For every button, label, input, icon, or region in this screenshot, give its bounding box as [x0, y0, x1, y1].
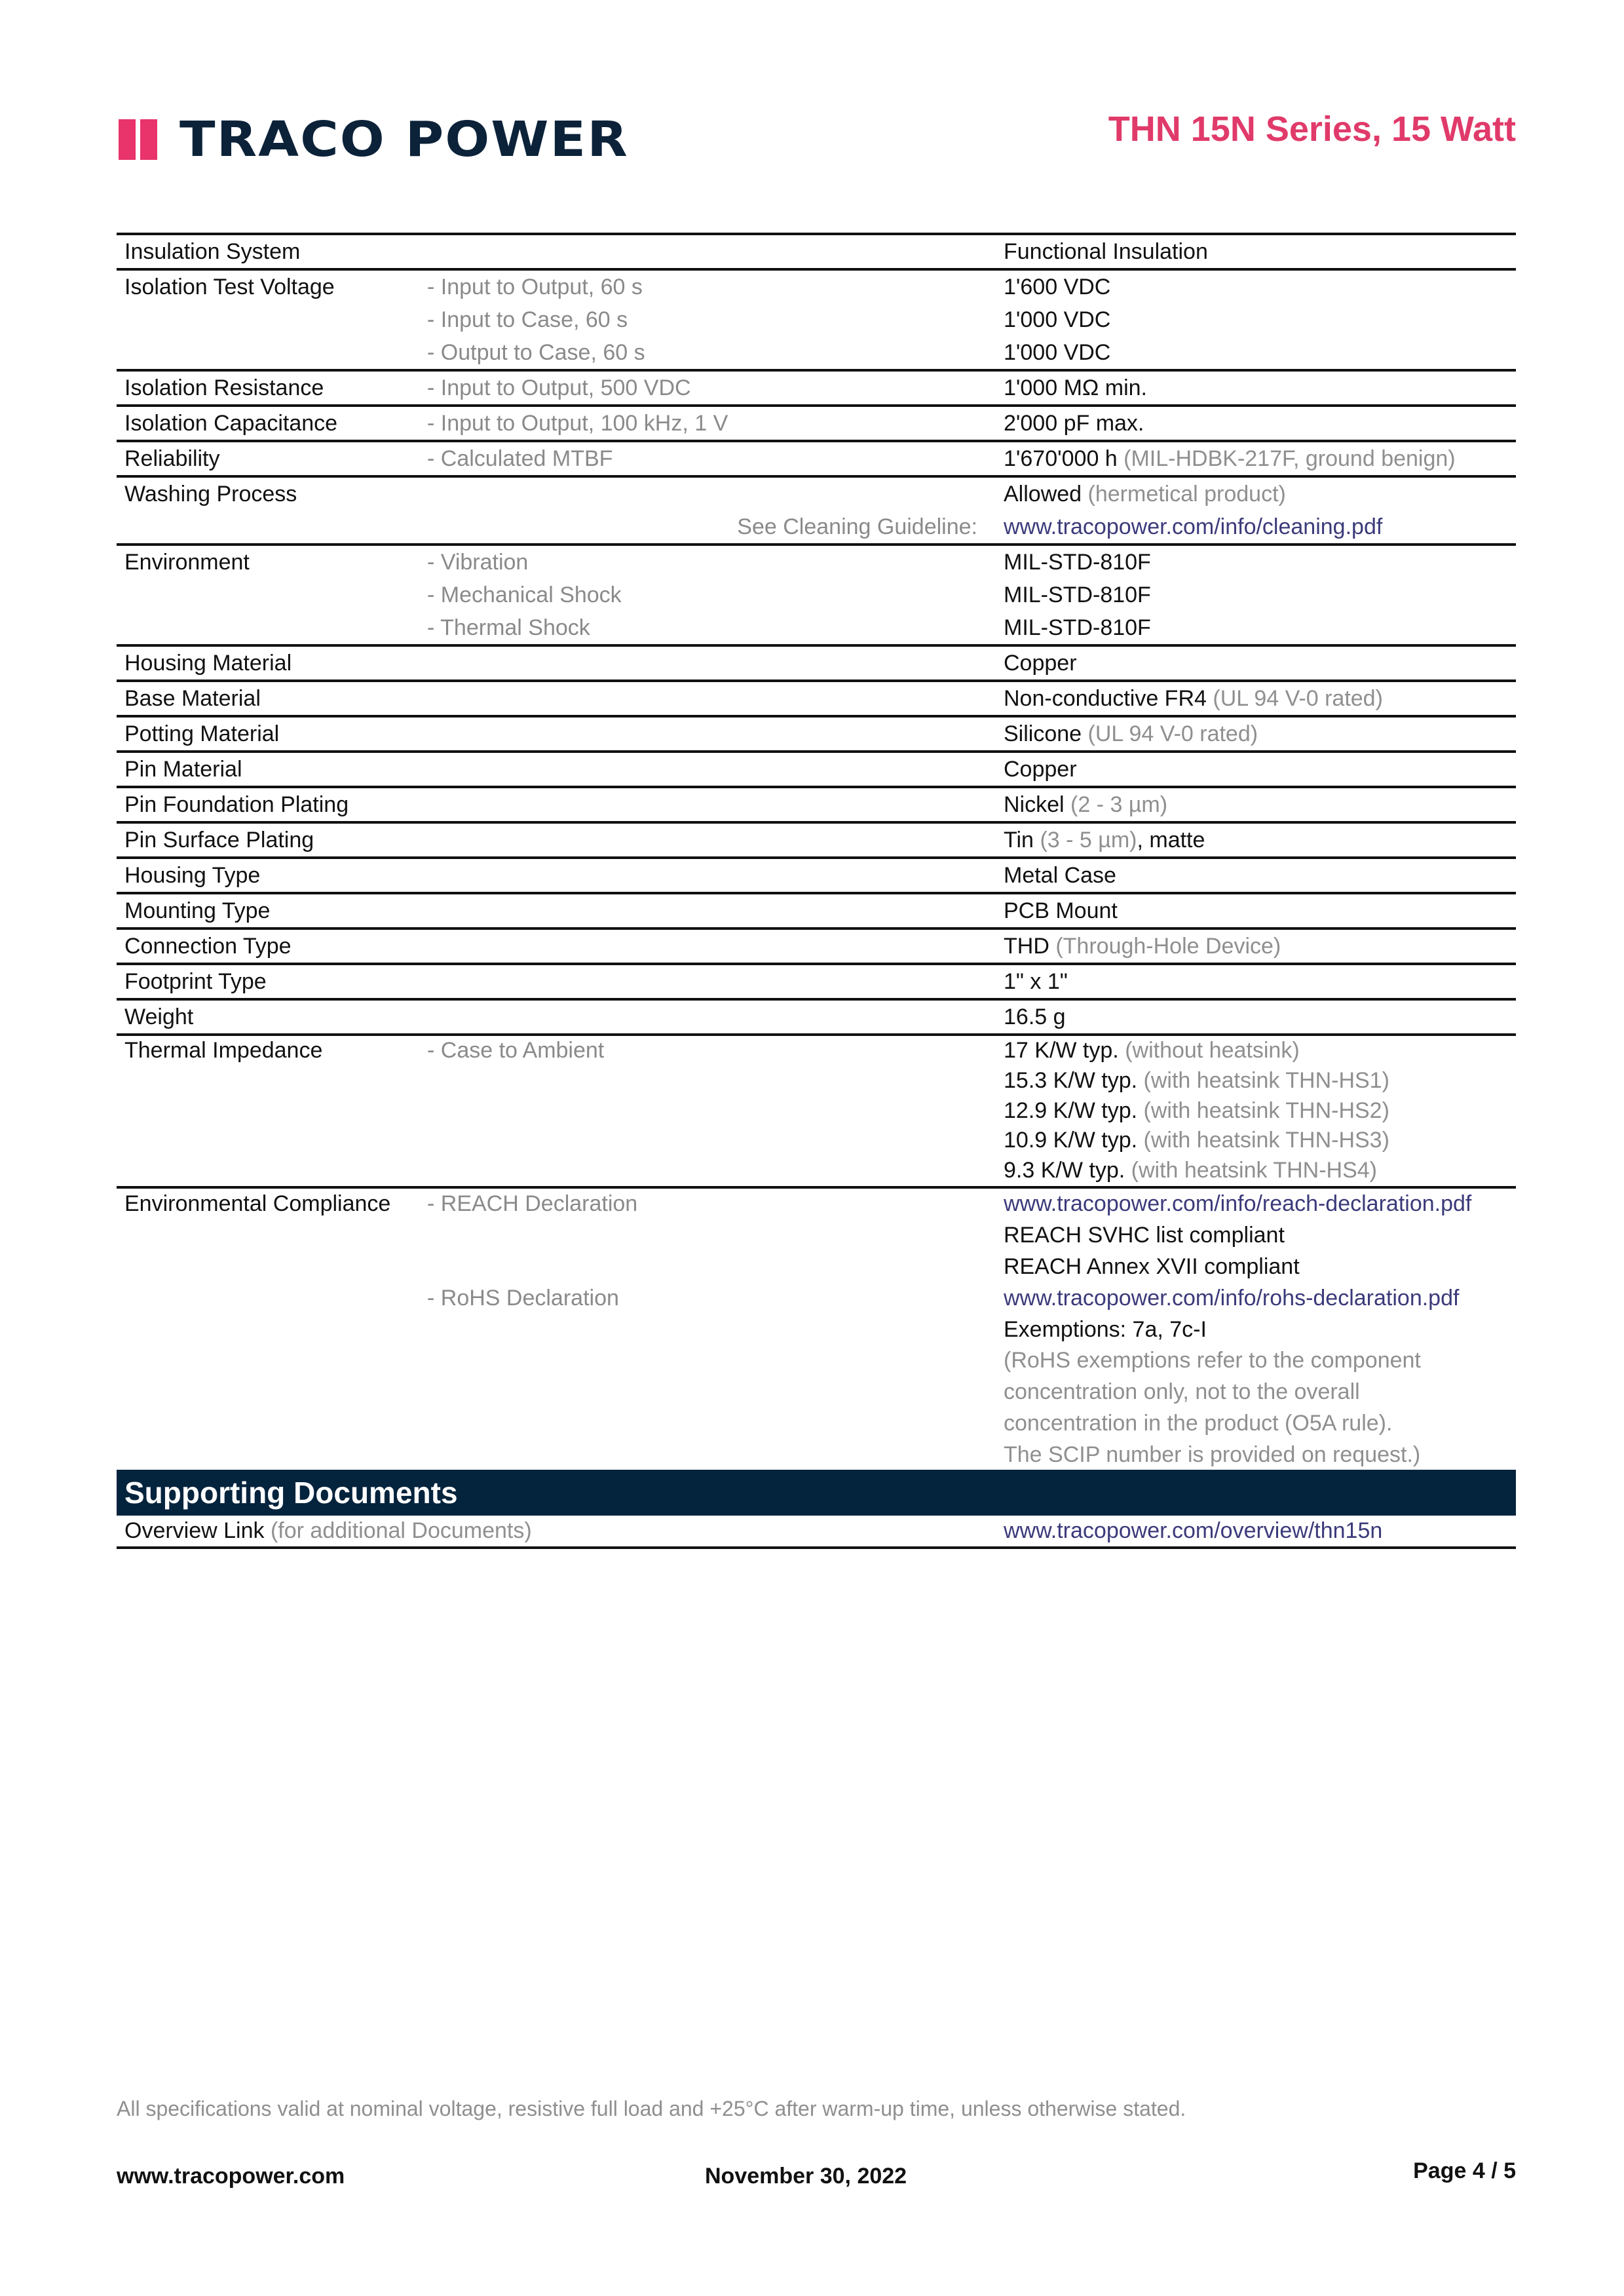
- spec-note: The SCIP number is provided on request.): [1004, 1442, 1420, 1467]
- spec-line: 9.3 K/W typ. (with heatsink THN-HS4): [117, 1156, 1516, 1186]
- spec-link[interactable]: www.tracopower.com/info/rohs-declaration…: [1004, 1286, 1459, 1311]
- spec-line: 15.3 K/W typ. (with heatsink THN-HS1): [117, 1066, 1516, 1096]
- spec-value-text: Copper: [1004, 757, 1077, 782]
- spec-condition: See Cleaning Guideline:: [427, 510, 1004, 543]
- spec-line: Pin MaterialCopper: [117, 753, 1516, 786]
- spec-value: REACH Annex XVII compliant: [1004, 1252, 1516, 1283]
- spec-value: Copper: [1004, 647, 1516, 679]
- footer-page-number: Page 4 / 5: [1413, 2158, 1516, 2184]
- spec-value: 17 K/W typ. (without heatsink): [1004, 1036, 1516, 1066]
- spec-line: concentration only, not to the overall: [117, 1377, 1516, 1408]
- spec-label: Environmental Compliance: [117, 1189, 427, 1220]
- spec-note: (with heatsink THN-HS2): [1144, 1098, 1389, 1123]
- spec-value-text: 1'670'000 h: [1004, 446, 1118, 471]
- spec-row: Weight16.5 g: [117, 998, 1516, 1033]
- spec-line: - Thermal ShockMIL-STD-810F: [117, 611, 1516, 644]
- spec-value: 15.3 K/W typ. (with heatsink THN-HS1): [1004, 1066, 1516, 1096]
- spec-label: Isolation Test Voltage: [117, 271, 427, 303]
- spec-label: Pin Foundation Plating: [117, 788, 427, 821]
- spec-value: concentration in the product (O5A rule).: [1004, 1408, 1516, 1440]
- spec-value-text: 1'000 VDC: [1004, 307, 1110, 332]
- spec-value: MIL-STD-810F: [1004, 546, 1516, 579]
- spec-line: concentration in the product (O5A rule).: [117, 1408, 1516, 1440]
- spec-line: Environmental Compliance- REACH Declarat…: [117, 1189, 1516, 1220]
- spec-row: Isolation Test Voltage- Input to Output,…: [117, 268, 1516, 369]
- spec-note: concentration in the product (O5A rule).: [1004, 1411, 1392, 1436]
- spec-value-text: MIL-STD-810F: [1004, 550, 1151, 575]
- spec-row: Washing ProcessAllowed (hermetical produ…: [117, 475, 1516, 543]
- spec-note: (with heatsink THN-HS4): [1131, 1158, 1377, 1183]
- spec-note: (MIL-HDBK-217F, ground benign): [1124, 446, 1455, 471]
- spec-value-text: Exemptions: 7a, 7c-I: [1004, 1317, 1207, 1342]
- spec-condition: - Input to Output, 500 VDC: [427, 372, 1004, 404]
- spec-value: Allowed (hermetical product): [1004, 478, 1516, 510]
- spec-value: 9.3 K/W typ. (with heatsink THN-HS4): [1004, 1156, 1516, 1186]
- spec-line: Connection TypeTHD (Through-Hole Device): [117, 930, 1516, 963]
- spec-condition: - Thermal Shock: [427, 611, 1004, 644]
- spec-link[interactable]: www.tracopower.com/info/reach-declaratio…: [1004, 1191, 1471, 1216]
- spec-value: Functional Insulation: [1004, 235, 1516, 268]
- spec-value: 1'000 MΩ min.: [1004, 372, 1516, 404]
- footer-website[interactable]: www.tracopower.com: [117, 2164, 345, 2189]
- spec-line: REACH SVHC list compliant: [117, 1220, 1516, 1252]
- spec-condition: - Input to Output, 100 kHz, 1 V: [427, 407, 1004, 440]
- spec-value: 2'000 pF max.: [1004, 407, 1516, 440]
- spec-value-text: Tin: [1004, 828, 1034, 852]
- spec-condition: - Calculated MTBF: [427, 442, 1004, 475]
- spec-value-text: 15.3 K/W typ.: [1004, 1068, 1137, 1093]
- spec-row: Pin Surface PlatingTin (3 - 5 µm), matte: [117, 821, 1516, 856]
- spec-value: Non-conductive FR4 (UL 94 V-0 rated): [1004, 682, 1516, 715]
- spec-label: Washing Process: [117, 478, 427, 510]
- footnote: All specifications valid at nominal volt…: [117, 2097, 1186, 2121]
- spec-label: Housing Type: [117, 859, 427, 892]
- spec-label: Insulation System: [117, 235, 427, 268]
- spec-note: (Through-Hole Device): [1055, 934, 1281, 959]
- spec-value: MIL-STD-810F: [1004, 579, 1516, 611]
- spec-label: Thermal Impedance: [117, 1036, 427, 1066]
- spec-label: Pin Surface Plating: [117, 824, 427, 856]
- spec-line: Potting MaterialSilicone (UL 94 V-0 rate…: [117, 717, 1516, 750]
- spec-line: Pin Foundation PlatingNickel (2 - 3 µm): [117, 788, 1516, 821]
- spec-line: Isolation Capacitance- Input to Output, …: [117, 407, 1516, 440]
- spec-label: Mounting Type: [117, 894, 427, 927]
- spec-note: (hermetical product): [1088, 482, 1286, 507]
- spec-label: Housing Material: [117, 647, 427, 679]
- spec-value: www.tracopower.com/info/rohs-declaration…: [1004, 1283, 1516, 1314]
- spec-value-text: Allowed: [1004, 482, 1082, 507]
- spec-value-text: Metal Case: [1004, 863, 1116, 888]
- spec-label: Footprint Type: [117, 965, 427, 998]
- spec-value: www.tracopower.com/info/cleaning.pdf: [1004, 510, 1516, 543]
- spec-value: Nickel (2 - 3 µm): [1004, 788, 1516, 821]
- spec-label: Potting Material: [117, 717, 427, 750]
- spec-line: (RoHS exemptions refer to the component: [117, 1345, 1516, 1377]
- spec-row: Isolation Resistance- Input to Output, 5…: [117, 369, 1516, 404]
- spec-row: Insulation SystemFunctional Insulation: [117, 233, 1516, 268]
- spec-line: 12.9 K/W typ. (with heatsink THN-HS2): [117, 1096, 1516, 1126]
- spec-value: REACH SVHC list compliant: [1004, 1220, 1516, 1252]
- spec-line: Footprint Type1" x 1": [117, 965, 1516, 998]
- spec-value: concentration only, not to the overall: [1004, 1377, 1516, 1408]
- logo-mark-icon: [119, 119, 157, 160]
- spec-note: (3 - 5 µm): [1040, 828, 1137, 852]
- spec-value-text: PCB Mount: [1004, 898, 1118, 923]
- footer-date: November 30, 2022: [705, 2164, 907, 2189]
- spec-value: THD (Through-Hole Device): [1004, 930, 1516, 963]
- spec-label: Isolation Capacitance: [117, 407, 427, 440]
- spec-note: concentration only, not to the overall: [1004, 1379, 1360, 1404]
- spec-line: Insulation SystemFunctional Insulation: [117, 235, 1516, 268]
- section-header-supporting-documents: Supporting Documents: [117, 1470, 1516, 1516]
- spec-value-text: THD: [1004, 934, 1049, 959]
- spec-value-text: Silicone: [1004, 721, 1082, 746]
- spec-value-text: 1'000 MΩ min.: [1004, 375, 1147, 400]
- spec-condition: - Vibration: [427, 546, 1004, 579]
- spec-value-text: REACH SVHC list compliant: [1004, 1223, 1285, 1248]
- spec-row: Thermal Impedance- Case to Ambient17 K/W…: [117, 1033, 1516, 1186]
- spec-note: (UL 94 V-0 rated): [1213, 686, 1383, 711]
- spec-value: 1'600 VDC: [1004, 271, 1516, 303]
- spec-value-text: 10.9 K/W typ.: [1004, 1128, 1137, 1153]
- spec-value: 12.9 K/W typ. (with heatsink THN-HS2): [1004, 1096, 1516, 1126]
- spec-note: (RoHS exemptions refer to the component: [1004, 1348, 1421, 1373]
- spec-condition: - Mechanical Shock: [427, 579, 1004, 611]
- spec-note: (2 - 3 µm): [1070, 792, 1167, 817]
- spec-line: Housing MaterialCopper: [117, 647, 1516, 679]
- brand-name: TRACO POWER: [179, 119, 629, 161]
- spec-value: 1" x 1": [1004, 965, 1516, 998]
- spec-line: Thermal Impedance- Case to Ambient17 K/W…: [117, 1036, 1516, 1066]
- spec-value-text: 12.9 K/W typ.: [1004, 1098, 1137, 1123]
- spec-condition: - Case to Ambient: [427, 1036, 1004, 1066]
- spec-value: PCB Mount: [1004, 894, 1516, 927]
- spec-line: Base MaterialNon-conductive FR4 (UL 94 V…: [117, 682, 1516, 715]
- spec-value-text: MIL-STD-810F: [1004, 583, 1151, 607]
- spec-line: Housing TypeMetal Case: [117, 859, 1516, 892]
- spec-value-text: 17 K/W typ.: [1004, 1038, 1119, 1063]
- spec-row: Environmental Compliance- REACH Declarat…: [117, 1186, 1516, 1474]
- spec-value: 1'000 VDC: [1004, 303, 1516, 336]
- spec-row: Mounting TypePCB Mount: [117, 892, 1516, 927]
- spec-value-text: Functional Insulation: [1004, 239, 1208, 264]
- spec-line: 10.9 K/W typ. (with heatsink THN-HS3): [117, 1126, 1516, 1156]
- spec-value: Copper: [1004, 753, 1516, 786]
- spec-value: www.tracopower.com/info/reach-declaratio…: [1004, 1189, 1516, 1220]
- spec-row: Pin MaterialCopper: [117, 750, 1516, 786]
- spec-line: Reliability- Calculated MTBF1'670'000 h …: [117, 442, 1516, 475]
- spec-label: Pin Material: [117, 753, 427, 786]
- spec-value: Exemptions: 7a, 7c-I: [1004, 1314, 1516, 1346]
- spec-value-text: 1" x 1": [1004, 969, 1068, 994]
- spec-row: Base MaterialNon-conductive FR4 (UL 94 V…: [117, 679, 1516, 715]
- spec-line: Exemptions: 7a, 7c-I: [117, 1314, 1516, 1346]
- spec-line: Washing ProcessAllowed (hermetical produ…: [117, 478, 1516, 510]
- spec-value-text: Nickel: [1004, 792, 1065, 817]
- overview-label: Overview Link (for additional Documents): [117, 1518, 1004, 1544]
- spec-value: 16.5 g: [1004, 1001, 1516, 1033]
- spec-condition: - Input to Case, 60 s: [427, 303, 1004, 336]
- spec-value-text: 16.5 g: [1004, 1004, 1066, 1029]
- spec-value: The SCIP number is provided on request.): [1004, 1440, 1516, 1471]
- spec-row: Reliability- Calculated MTBF1'670'000 h …: [117, 440, 1516, 475]
- spec-row: Housing TypeMetal Case: [117, 856, 1516, 892]
- overview-link[interactable]: www.tracopower.com/overview/thn15n: [1004, 1518, 1516, 1544]
- spec-line: The SCIP number is provided on request.): [117, 1440, 1516, 1471]
- spec-label: Connection Type: [117, 930, 427, 963]
- spec-value: Tin (3 - 5 µm), matte: [1004, 824, 1516, 856]
- spec-line: Environment- VibrationMIL-STD-810F: [117, 546, 1516, 579]
- spec-line: Isolation Test Voltage- Input to Output,…: [117, 271, 1516, 303]
- spec-label: Reliability: [117, 442, 427, 475]
- spec-value: MIL-STD-810F: [1004, 611, 1516, 644]
- spec-row: Footprint Type1" x 1": [117, 963, 1516, 998]
- spec-value-text: 1'600 VDC: [1004, 275, 1110, 299]
- spec-row: Isolation Capacitance- Input to Output, …: [117, 404, 1516, 440]
- spec-line: - RoHS Declarationwww.tracopower.com/inf…: [117, 1283, 1516, 1314]
- spec-label: Base Material: [117, 682, 427, 715]
- spec-value: (RoHS exemptions refer to the component: [1004, 1345, 1516, 1377]
- spec-value: 10.9 K/W typ. (with heatsink THN-HS3): [1004, 1126, 1516, 1156]
- spec-note: (without heatsink): [1125, 1038, 1299, 1063]
- spec-row: Potting MaterialSilicone (UL 94 V-0 rate…: [117, 715, 1516, 750]
- overview-link-row: Overview Link (for additional Documents)…: [117, 1516, 1516, 1549]
- spec-note: (with heatsink THN-HS3): [1144, 1128, 1389, 1153]
- spec-condition: - RoHS Declaration: [427, 1283, 1004, 1314]
- spec-value-text: Copper: [1004, 651, 1077, 676]
- spec-value-text: 2'000 pF max.: [1004, 411, 1144, 436]
- spec-line: - Input to Case, 60 s1'000 VDC: [117, 303, 1516, 336]
- spec-suffix: , matte: [1137, 828, 1205, 852]
- spec-value-text: 9.3 K/W typ.: [1004, 1158, 1125, 1183]
- spec-value: 1'000 VDC: [1004, 336, 1516, 369]
- spec-row: Environment- VibrationMIL-STD-810F- Mech…: [117, 543, 1516, 644]
- spec-table: Insulation SystemFunctional InsulationIs…: [117, 233, 1516, 1474]
- spec-line: See Cleaning Guideline:www.tracopower.co…: [117, 510, 1516, 543]
- spec-label: Environment: [117, 546, 427, 579]
- spec-value: Metal Case: [1004, 859, 1516, 892]
- spec-value-text: Non-conductive FR4: [1004, 686, 1207, 711]
- spec-line: - Mechanical ShockMIL-STD-810F: [117, 579, 1516, 611]
- brand-logo: TRACO POWER: [119, 117, 629, 163]
- spec-row: Pin Foundation PlatingNickel (2 - 3 µm): [117, 786, 1516, 821]
- spec-line: Isolation Resistance- Input to Output, 5…: [117, 372, 1516, 404]
- spec-value-text: MIL-STD-810F: [1004, 615, 1151, 640]
- spec-link[interactable]: www.tracopower.com/info/cleaning.pdf: [1004, 514, 1382, 539]
- spec-value: Silicone (UL 94 V-0 rated): [1004, 717, 1516, 750]
- spec-value-text: REACH Annex XVII compliant: [1004, 1254, 1300, 1279]
- spec-note: (UL 94 V-0 rated): [1088, 721, 1258, 746]
- spec-condition: - REACH Declaration: [427, 1189, 1004, 1220]
- spec-condition: - Input to Output, 60 s: [427, 271, 1004, 303]
- spec-label: Weight: [117, 1001, 427, 1033]
- spec-value: 1'670'000 h (MIL-HDBK-217F, ground benig…: [1004, 442, 1516, 475]
- spec-line: Pin Surface PlatingTin (3 - 5 µm), matte: [117, 824, 1516, 856]
- spec-row: Connection TypeTHD (Through-Hole Device): [117, 927, 1516, 963]
- spec-line: Weight16.5 g: [117, 1001, 1516, 1033]
- spec-line: Mounting TypePCB Mount: [117, 894, 1516, 927]
- spec-line: - Output to Case, 60 s1'000 VDC: [117, 336, 1516, 369]
- spec-value-text: 1'000 VDC: [1004, 340, 1110, 365]
- spec-line: REACH Annex XVII compliant: [117, 1252, 1516, 1283]
- spec-note: (with heatsink THN-HS1): [1144, 1068, 1389, 1093]
- series-title: THN 15N Series, 15 Watt: [1108, 109, 1516, 149]
- spec-row: Housing MaterialCopper: [117, 644, 1516, 679]
- spec-condition: - Output to Case, 60 s: [427, 336, 1004, 369]
- spec-label: Isolation Resistance: [117, 372, 427, 404]
